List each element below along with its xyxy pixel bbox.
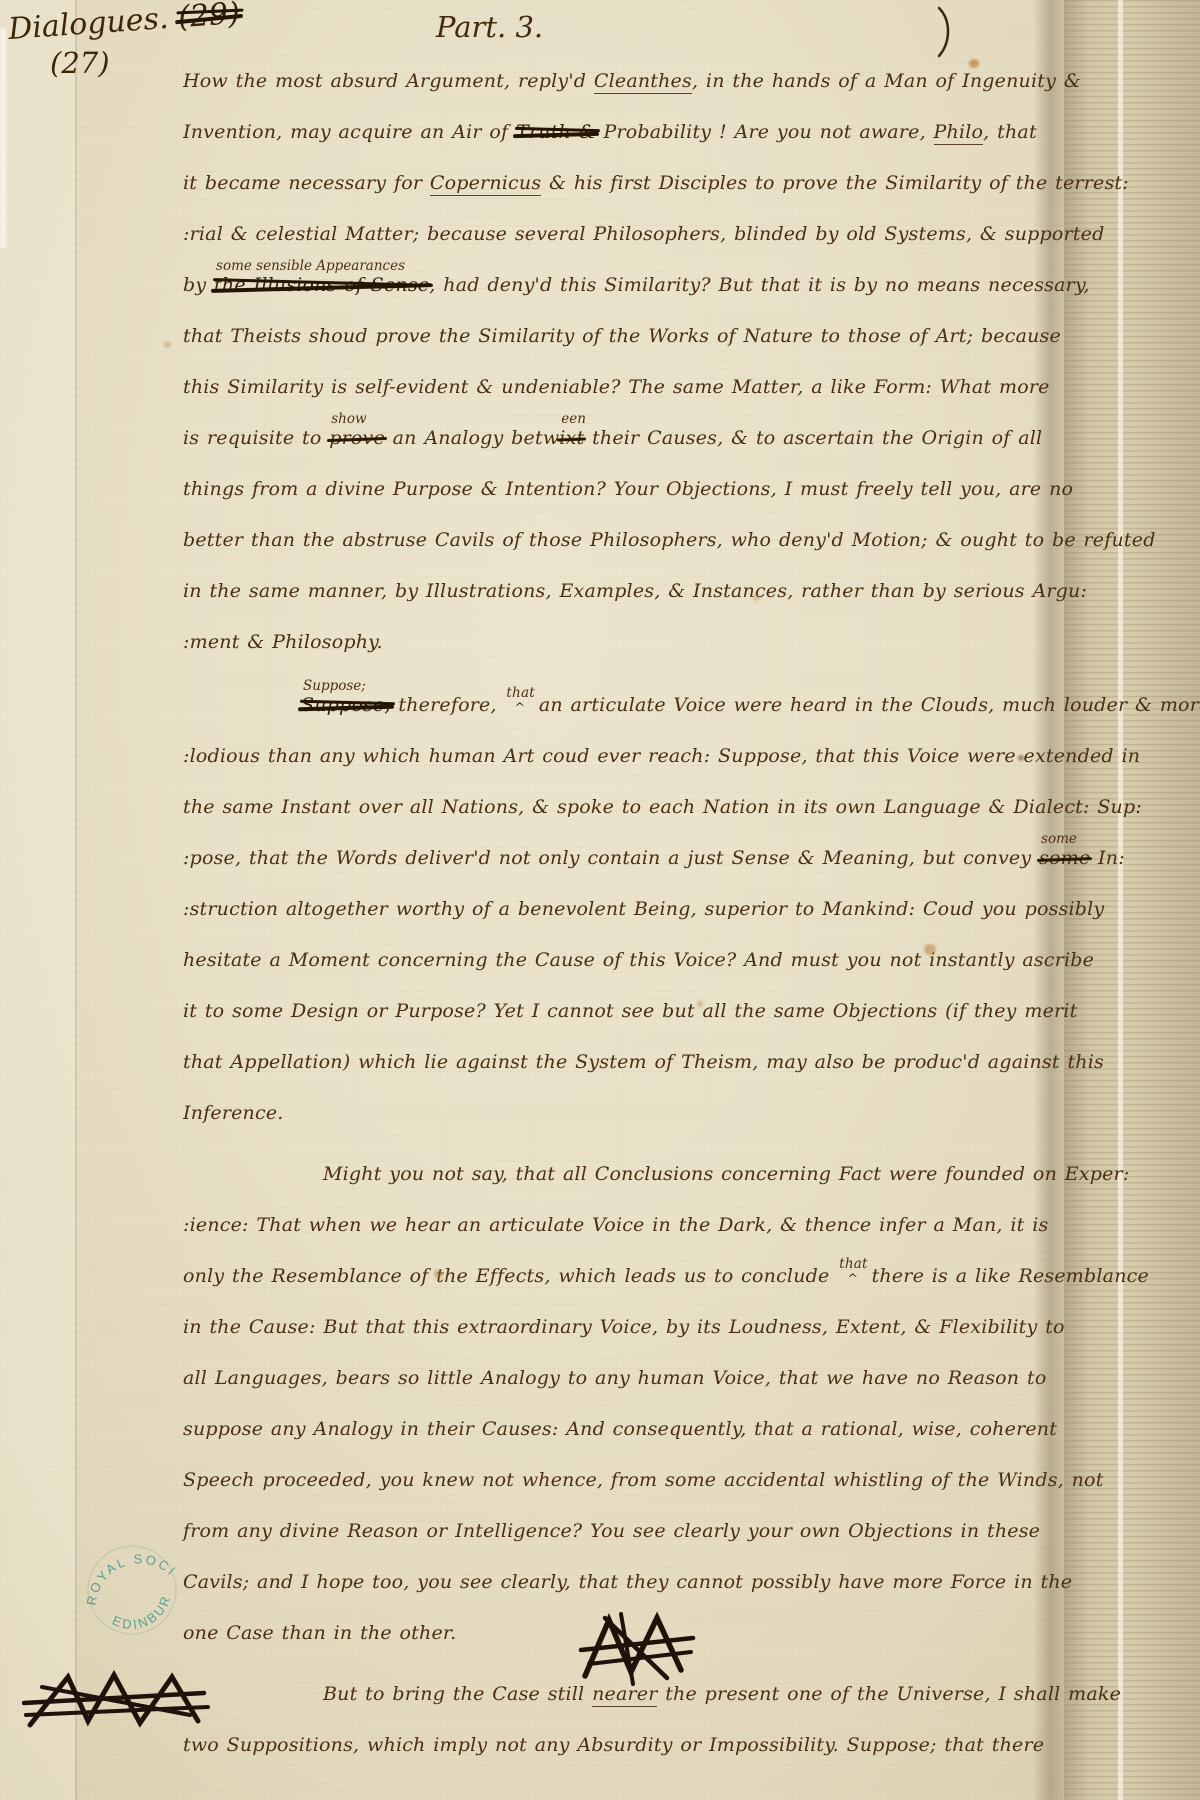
handwritten-text: :struction altogether worthy of a benevo… — [183, 898, 1104, 920]
handwritten-text: In: — [1090, 847, 1124, 869]
manuscript-page: { "document": { "kind": "handwritten man… — [0, 0, 1200, 1800]
struck-text: proveshow — [329, 427, 385, 449]
handwritten-text: :rial & celestial Matter; because severa… — [183, 223, 1104, 245]
manuscript-line: Might you not say, that all Conclusions … — [183, 1163, 1051, 1214]
struck-text: Truth & — [516, 121, 596, 143]
handwritten-text: in the same manner, by Illustrations, Ex… — [183, 580, 1087, 602]
margin-crease-line — [75, 0, 77, 1800]
page-edge-highlight — [0, 28, 6, 248]
page-edge-highlight-strip — [1118, 0, 1123, 1800]
struck-page-number: (29) — [177, 0, 241, 35]
handwritten-text: it became necessary for — [183, 172, 430, 194]
manuscript-line: this Similarity is self-evident & undeni… — [183, 376, 1051, 427]
foxing-spot — [753, 594, 760, 601]
handwritten-text: Cavils; and I hope too, you see clearly,… — [183, 1571, 1072, 1593]
manuscript-line: is requisite to proveshow an Analogy bet… — [183, 427, 1051, 478]
handwritten-text: by — [183, 274, 214, 296]
interlinear-insertion: een — [561, 411, 586, 427]
handwritten-text: But to bring the Case still — [323, 1683, 592, 1705]
handwritten-text: things from a divine Purpose & Intention… — [183, 478, 1073, 500]
handwritten-text: :pose, that the Words deliver'd not only… — [183, 847, 1039, 869]
underlined-name: Philo — [934, 121, 984, 145]
manuscript-line: How the most absurd Argument, reply'd Cl… — [183, 70, 1051, 121]
crossed-out-scribble-left — [22, 1663, 214, 1741]
interlinear-insertion: that — [506, 685, 534, 701]
handwritten-text: Inference. — [183, 1102, 284, 1124]
handwritten-text: Might you not say, that all Conclusions … — [323, 1163, 1129, 1185]
foxing-spot — [924, 944, 936, 955]
interlinear-insertion: Suppose; — [303, 678, 366, 694]
handwritten-text: the same Instant over all Nations, & spo… — [183, 796, 1142, 818]
manuscript-line: by the Illusions of Sensesome sensible A… — [183, 274, 1051, 325]
underlined-name: Copernicus — [430, 172, 541, 196]
handwritten-text: that Appellation) which lie against the … — [183, 1051, 1104, 1073]
handwritten-text: this Similarity is self-evident & undeni… — [183, 376, 1050, 398]
manuscript-line: all Languages, bears so little Analogy t… — [183, 1367, 1051, 1418]
handwritten-text: better than the abstruse Cavils of those… — [183, 529, 1156, 551]
part-heading: Part. 3. — [436, 10, 543, 44]
foxing-spot — [969, 59, 979, 68]
manuscript-line: hesitate a Moment concerning the Cause o… — [183, 949, 1051, 1000]
handwritten-text: their Causes, & to ascertain the Origin … — [584, 427, 1042, 449]
underlined-name: Cleanthes — [594, 70, 692, 94]
handwritten-text: an articulate Voice were heard in the Cl… — [539, 694, 1200, 716]
struck-text: somesome — [1039, 847, 1090, 869]
handwritten-text: the present one of the Universe, I shall… — [657, 1683, 1121, 1705]
manuscript-line: Invention, may acquire an Air of Truth &… — [183, 121, 1051, 172]
manuscript-text-block: How the most absurd Argument, reply'd Cl… — [183, 70, 1051, 1785]
foxing-spot — [1018, 755, 1024, 761]
foxing-spot — [164, 342, 171, 348]
handwritten-text: all Languages, bears so little Analogy t… — [183, 1367, 1046, 1389]
stray-ink-mark — [925, 4, 957, 60]
handwritten-text: one Case than in the other. — [183, 1622, 456, 1644]
foxing-spot — [434, 1270, 443, 1278]
interlinear-insertion: show — [331, 411, 366, 427]
manuscript-line: from any divine Reason or Intelligence? … — [183, 1520, 1051, 1571]
struck-text: ixteen — [559, 427, 584, 449]
manuscript-line: things from a divine Purpose & Intention… — [183, 478, 1051, 529]
handwritten-text: in the Cause: But that this extraordinar… — [183, 1316, 1065, 1338]
handwritten-text: Speech proceeded, you knew not whence, f… — [183, 1469, 1104, 1491]
struck-text: Suppose,Suppose; — [301, 694, 391, 716]
manuscript-line: two Suppositions, which imply not any Ab… — [183, 1734, 1051, 1785]
handwritten-text: from any divine Reason or Intelligence? … — [183, 1520, 1040, 1542]
interlinear-insertion: some sensible Appearances — [216, 258, 405, 274]
manuscript-line: :lodious than any which human Art coud e… — [183, 745, 1051, 796]
handwritten-text: it to some Design or Purpose? Yet I cann… — [183, 1000, 1077, 1022]
foxing-spot — [697, 1001, 703, 1007]
handwritten-text: , that — [983, 121, 1037, 143]
handwritten-text: an Analogy betw — [385, 427, 559, 449]
manuscript-line: only the Resemblance of the Effects, whi… — [183, 1265, 1051, 1316]
manuscript-line: that Appellation) which lie against the … — [183, 1051, 1051, 1102]
manuscript-line: :ment & Philosophy. — [183, 631, 1051, 682]
manuscript-line: better than the abstruse Cavils of those… — [183, 529, 1051, 580]
handwritten-text: that Theists shoud prove the Similarity … — [183, 325, 1061, 347]
manuscript-line: the same Instant over all Nations, & spo… — [183, 796, 1051, 847]
manuscript-line: :ience: That when we hear an articulate … — [183, 1214, 1051, 1265]
handwritten-text: , in the hands of a Man of Ingenuity & — [692, 70, 1081, 92]
manuscript-line: in the Cause: But that this extraordinar… — [183, 1316, 1051, 1367]
interlinear-insertion: some — [1041, 831, 1077, 847]
struck-text: the Illusions of Sensesome sensible Appe… — [214, 274, 429, 296]
handwritten-text: two Suppositions, which imply not any Ab… — [183, 1734, 1044, 1756]
crossed-out-scribble-center — [575, 1606, 703, 1694]
manuscript-line: it became necessary for Copernicus & his… — [183, 172, 1051, 223]
handwritten-text: only the Resemblance of the Effects, whi… — [183, 1265, 837, 1287]
page-number: (27) — [50, 46, 110, 80]
manuscript-line: suppose any Analogy in their Causes: And… — [183, 1418, 1051, 1469]
handwritten-text: is requisite to — [183, 427, 329, 449]
manuscript-line: :struction altogether worthy of a benevo… — [183, 898, 1051, 949]
left-margin — [0, 0, 76, 1800]
handwritten-text: Invention, may acquire an Air of — [183, 121, 516, 143]
handwritten-text: suppose any Analogy in their Causes: And… — [183, 1418, 1057, 1440]
handwritten-text: :lodious than any which human Art coud e… — [183, 745, 1140, 767]
manuscript-line: Speech proceeded, you knew not whence, f… — [183, 1469, 1051, 1520]
manuscript-line: that Theists shoud prove the Similarity … — [183, 325, 1051, 376]
handwritten-text: How the most absurd Argument, reply'd — [183, 70, 594, 92]
handwritten-text: therefore, — [391, 694, 505, 716]
manuscript-line: in the same manner, by Illustrations, Ex… — [183, 580, 1051, 631]
handwritten-text: & his first Disciples to prove the Simil… — [541, 172, 1129, 194]
manuscript-line: :pose, that the Words deliver'd not only… — [183, 847, 1051, 898]
handwritten-text: hesitate a Moment concerning the Cause o… — [183, 949, 1094, 971]
handwritten-text: Probability ! Are you not aware, — [596, 121, 934, 143]
handwritten-text: there is a like Resemblance — [872, 1265, 1149, 1287]
handwritten-text: , had deny'd this Similarity? But that i… — [429, 274, 1089, 296]
manuscript-line: it to some Design or Purpose? Yet I cann… — [183, 1000, 1051, 1051]
manuscript-line: Suppose,Suppose; therefore, thatan artic… — [183, 694, 1051, 745]
manuscript-line: Inference. — [183, 1102, 1051, 1153]
handwritten-text: :ment & Philosophy. — [183, 631, 383, 653]
interlinear-insertion: that — [839, 1256, 867, 1272]
handwritten-text: :ience: That when we hear an articulate … — [183, 1214, 1048, 1236]
